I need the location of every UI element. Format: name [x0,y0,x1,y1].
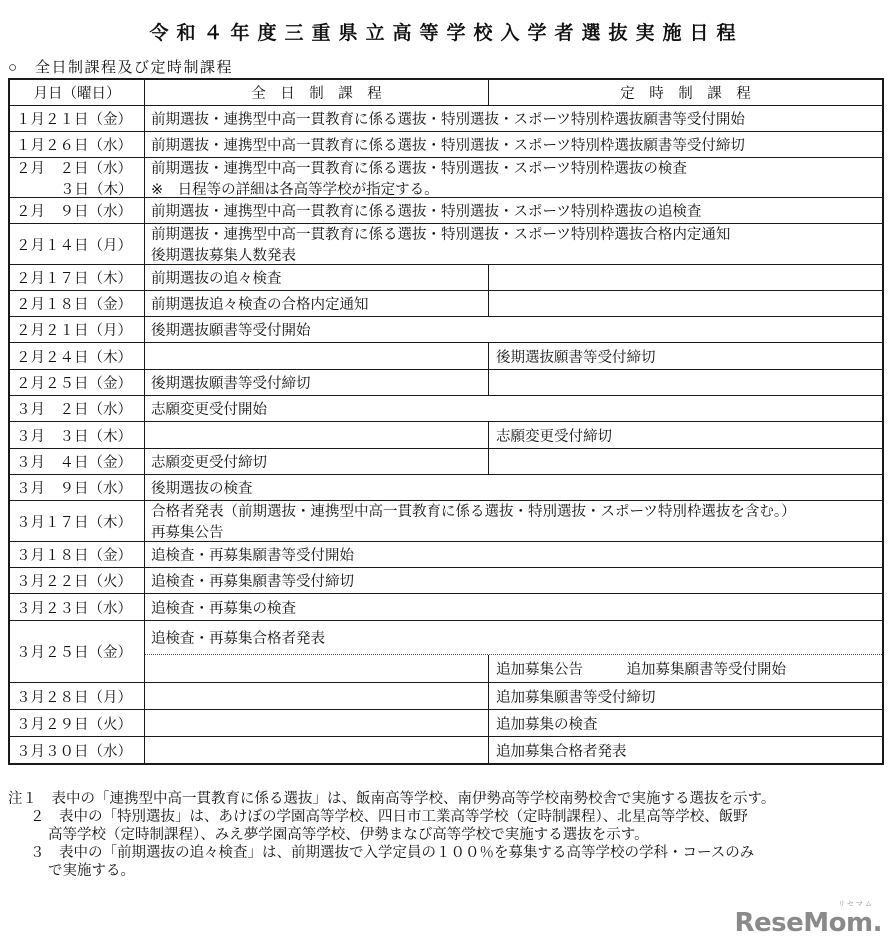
table-row: ２月２４日（木）後期選抜願書等受付締切 [10,342,882,369]
date-text: ２月 ９日（水） [16,200,144,221]
date-text: ２月１８日（金） [16,293,144,314]
date-text: １月２６日（水） [16,134,144,155]
note-line: 高等学校（定時制課程）、みえ夢学園高等学校、伊勢まなび高等学校で実施する選抜を示… [8,826,888,844]
date-text: ３月２２日（火） [16,570,144,591]
table-header-row: 月日（曜日） 全 日 制 課 程 定 時 制 課 程 [10,80,882,105]
fulltime-cell: 志願変更受付締切 [145,449,489,474]
date-text: ３月 ９日（水） [16,477,144,498]
table-row: ３月１８日（金）追検査・再募集願書等受付開始 [10,541,882,567]
parttime-cell: 追加募集の検査 [489,710,882,736]
table-row: ２月 ２日（水）３日（木）前期選抜・連携型中高一貫教育に係る選抜・特別選抜・スポ… [10,157,882,197]
fulltime-cell: 前期選抜の追々検査 [145,265,489,290]
table-row: ２月１４日（月）前期選抜・連携型中高一貫教育に係る選抜・特別選抜・スポーツ特別枠… [10,223,882,264]
date-cell: ３月 ３日（木） [10,422,145,448]
table-row: ３月２５日（金）追検査・再募集合格者発表追加募集公告 追加募集願書等受付開始 [10,620,882,682]
date-cell: ２月１４日（月） [10,224,145,264]
table-row: ３月１７日（木）合格者発表（前期選抜・連携型中高一貫教育に係る選抜・特別選抜・ス… [10,500,882,541]
header-fulltime-column: 全 日 制 課 程 [145,80,489,105]
schedule-table: 月日（曜日） 全 日 制 課 程 定 時 制 課 程 １月２１日（金）前期選抜・… [8,78,884,765]
date-text: ２月２４日（木） [16,346,144,367]
date-text: ３月２８日（月） [16,686,144,707]
date-cell: ３月 ９日（水） [10,475,145,500]
fulltime-cell [145,655,489,682]
fulltime-cell [145,343,489,369]
schedule-text: 志願変更受付開始 [151,398,882,419]
schedule-span-cell: 追検査・再募集の検査 [145,594,882,620]
schedule-span-cell: 前期選抜・連携型中高一貫教育に係る選抜・特別選抜・スポーツ特別枠選抜願書等受付締… [145,132,882,157]
table-row: １月２１日（金）前期選抜・連携型中高一貫教育に係る選抜・特別選抜・スポーツ特別枠… [10,105,882,131]
schedule-text: 前期選抜・連携型中高一貫教育に係る選抜・特別選抜・スポーツ特別枠選抜の追検査 [151,200,882,221]
table-row: ３月 ９日（水）後期選抜の検査 [10,474,882,500]
date-cell: ２月１８日（金） [10,291,145,316]
fulltime-cell [145,422,489,448]
double-cell-bottom: 追加募集公告 追加募集願書等受付開始 [145,655,882,682]
schedule-span-cell: 前期選抜・連携型中高一貫教育に係る選抜・特別選抜・スポーツ特別枠選抜合格内定通知… [145,224,882,264]
header-date-column: 月日（曜日） [10,80,145,105]
table-row: ３月２２日（火）追検査・再募集願書等受付締切 [10,567,882,593]
table-row: ２月 ９日（水）前期選抜・連携型中高一貫教育に係る選抜・特別選抜・スポーツ特別枠… [10,197,882,223]
date-cell: ２月 ２日（水）３日（木） [10,158,145,197]
section-subtitle: ○ 全日制課程及び定時制課程 [8,56,233,77]
date-cell: ２月１７日（木） [10,265,145,290]
table-row: ３月２８日（月）追加募集願書等受付締切 [10,682,882,709]
date-text: ２月２１日（月） [16,319,144,340]
date-cell: ３月２３日（水） [10,594,145,620]
date-cell: ３月２９日（火） [10,710,145,736]
date-cell: ２月２４日（木） [10,343,145,369]
date-text: ２月 ２日（水） [16,157,144,178]
date-cell: ２月２１日（月） [10,317,145,342]
note-line: で実施する。 [8,862,888,880]
schedule-span-cell: 前期選抜・連携型中高一貫教育に係る選抜・特別選抜・スポーツ特別枠選抜の検査※ 日… [145,158,882,197]
date-text: ２月１７日（木） [16,267,144,288]
date-cell: ３月２５日（金） [10,621,145,682]
note-line: ２ 表中の「特別選抜」は、あけぼの学園高等学校、四日市工業高等学校（定時制課程）… [8,808,888,826]
schedule-text: 再募集公告 [151,521,882,542]
date-cell: １月２６日（水） [10,132,145,157]
fulltime-cell [145,683,489,709]
fulltime-cell: 前期選抜追々検査の合格内定通知 [145,291,489,316]
schedule-text: 前期選抜・連携型中高一貫教育に係る選抜・特別選抜・スポーツ特別枠選抜願書等受付締… [151,134,882,155]
document-page: 令和４年度三重県立高等学校入学者選抜実施日程 ○ 全日制課程及び定時制課程 月日… [0,0,893,950]
date-text: ３月１８日（金） [16,544,144,565]
schedule-text: 後期選抜の検査 [151,477,882,498]
page-title: 令和４年度三重県立高等学校入学者選抜実施日程 [0,18,893,45]
footnotes: 注１ 表中の「連携型中高一貫教育に係る選抜」は、飯南高等学校、南伊勢高等学校南勢… [8,790,888,880]
table-row: ３月２９日（火）追加募集の検査 [10,709,882,736]
double-cell: 追検査・再募集合格者発表追加募集公告 追加募集願書等受付開始 [145,621,882,682]
date-cell: ３月 ２日（水） [10,396,145,421]
date-text: ２月１４日（月） [16,234,144,255]
date-text: ３月 ２日（水） [16,398,144,419]
date-text-line2: ３日（木） [16,178,144,199]
parttime-cell: 志願変更受付締切 [489,422,882,448]
schedule-span-cell: 追検査・再募集願書等受付締切 [145,568,882,593]
parttime-cell: 追加募集合格者発表 [489,737,882,763]
parttime-cell [489,370,882,395]
date-cell: ３月２８日（月） [10,683,145,709]
fulltime-cell [145,737,489,763]
schedule-span-cell: 追検査・再募集願書等受付開始 [145,542,882,567]
parttime-cell: 追加募集公告 追加募集願書等受付開始 [489,655,882,682]
date-text: ３月１７日（木） [16,511,144,532]
schedule-text: 追検査・再募集願書等受付開始 [151,544,882,565]
resemom-logo-wordmark: ReseMom. [735,909,882,937]
note-line: 注１ 表中の「連携型中高一貫教育に係る選抜」は、飯南高等学校、南伊勢高等学校南勢… [8,790,888,808]
schedule-text: 後期選抜願書等受付開始 [151,319,882,340]
table-body: １月２１日（金）前期選抜・連携型中高一貫教育に係る選抜・特別選抜・スポーツ特別枠… [10,105,882,763]
schedule-span-cell: 合格者発表（前期選抜・連携型中高一貫教育に係る選抜・特別選抜・スポーツ特別枠選抜… [145,501,882,541]
parttime-cell: 後期選抜願書等受付締切 [489,343,882,369]
schedule-text: 追検査・再募集願書等受付締切 [151,570,882,591]
resemom-logo: リセマム ReseMom. [735,901,882,937]
table-row: ２月１８日（金）前期選抜追々検査の合格内定通知 [10,290,882,316]
fulltime-cell [145,710,489,736]
parttime-cell: 追加募集願書等受付締切 [489,683,882,709]
schedule-text: ※ 日程等の詳細は各高等学校が指定する。 [151,178,882,199]
date-cell: ３月１７日（木） [10,501,145,541]
table-row: １月２６日（水）前期選抜・連携型中高一貫教育に係る選抜・特別選抜・スポーツ特別枠… [10,131,882,157]
table-row: ３月 ４日（金）志願変更受付締切 [10,448,882,474]
date-text: ３月２５日（金） [16,641,144,662]
parttime-cell [489,291,882,316]
date-text: １月２１日（金） [16,108,144,129]
schedule-text: 追検査・再募集の検査 [151,597,882,618]
schedule-text: 合格者発表（前期選抜・連携型中高一貫教育に係る選抜・特別選抜・スポーツ特別枠選抜… [151,500,882,521]
table-row: ３月３０日（水）追加募集合格者発表 [10,736,882,763]
schedule-text: 後期選抜募集人数発表 [151,244,882,265]
schedule-span-cell: 前期選抜・連携型中高一貫教育に係る選抜・特別選抜・スポーツ特別枠選抜願書等受付開… [145,106,882,131]
date-cell: ３月１８日（金） [10,542,145,567]
date-text: ３月２９日（火） [16,713,144,734]
date-text: ３月 ４日（金） [16,451,144,472]
date-cell: ３月 ４日（金） [10,449,145,474]
table-row: ３月 ３日（木）志願変更受付締切 [10,421,882,448]
table-row: ２月１７日（木）前期選抜の追々検査 [10,264,882,290]
parttime-cell [489,265,882,290]
date-text: ３月２３日（水） [16,597,144,618]
date-cell: ２月２５日（金） [10,370,145,395]
note-line: ３ 表中の「前期選抜の追々検査」は、前期選抜で入学定員の１００％を募集する高等学… [8,844,888,862]
schedule-span-cell: 前期選抜・連携型中高一貫教育に係る選抜・特別選抜・スポーツ特別枠選抜の追検査 [145,198,882,223]
date-cell: ３月２２日（火） [10,568,145,593]
schedule-text: 前期選抜・連携型中高一貫教育に係る選抜・特別選抜・スポーツ特別枠選抜合格内定通知 [151,223,882,244]
parttime-cell [489,449,882,474]
date-text: ３月３０日（水） [16,740,144,761]
schedule-span-cell: 後期選抜の検査 [145,475,882,500]
schedule-span-cell: 後期選抜願書等受付開始 [145,317,882,342]
table-row: ２月２１日（月）後期選抜願書等受付開始 [10,316,882,342]
schedule-span-cell: 志願変更受付開始 [145,396,882,421]
date-text: ３月 ３日（木） [16,425,144,446]
schedule-text: 前期選抜・連携型中高一貫教育に係る選抜・特別選抜・スポーツ特別枠選抜願書等受付開… [151,108,882,129]
date-cell: ３月３０日（水） [10,737,145,763]
date-cell: ２月 ９日（水） [10,198,145,223]
fulltime-cell: 後期選抜願書等受付締切 [145,370,489,395]
table-row: ２月２５日（金）後期選抜願書等受付締切 [10,369,882,395]
schedule-text: 前期選抜・連携型中高一貫教育に係る選抜・特別選抜・スポーツ特別枠選抜の検査 [151,157,882,178]
date-cell: １月２１日（金） [10,106,145,131]
table-row: ３月 ２日（水）志願変更受付開始 [10,395,882,421]
date-text: ２月２５日（金） [16,372,144,393]
table-row: ３月２３日（水）追検査・再募集の検査 [10,593,882,620]
double-cell-top: 追検査・再募集合格者発表 [145,621,882,655]
header-parttime-column: 定 時 制 課 程 [489,80,882,105]
